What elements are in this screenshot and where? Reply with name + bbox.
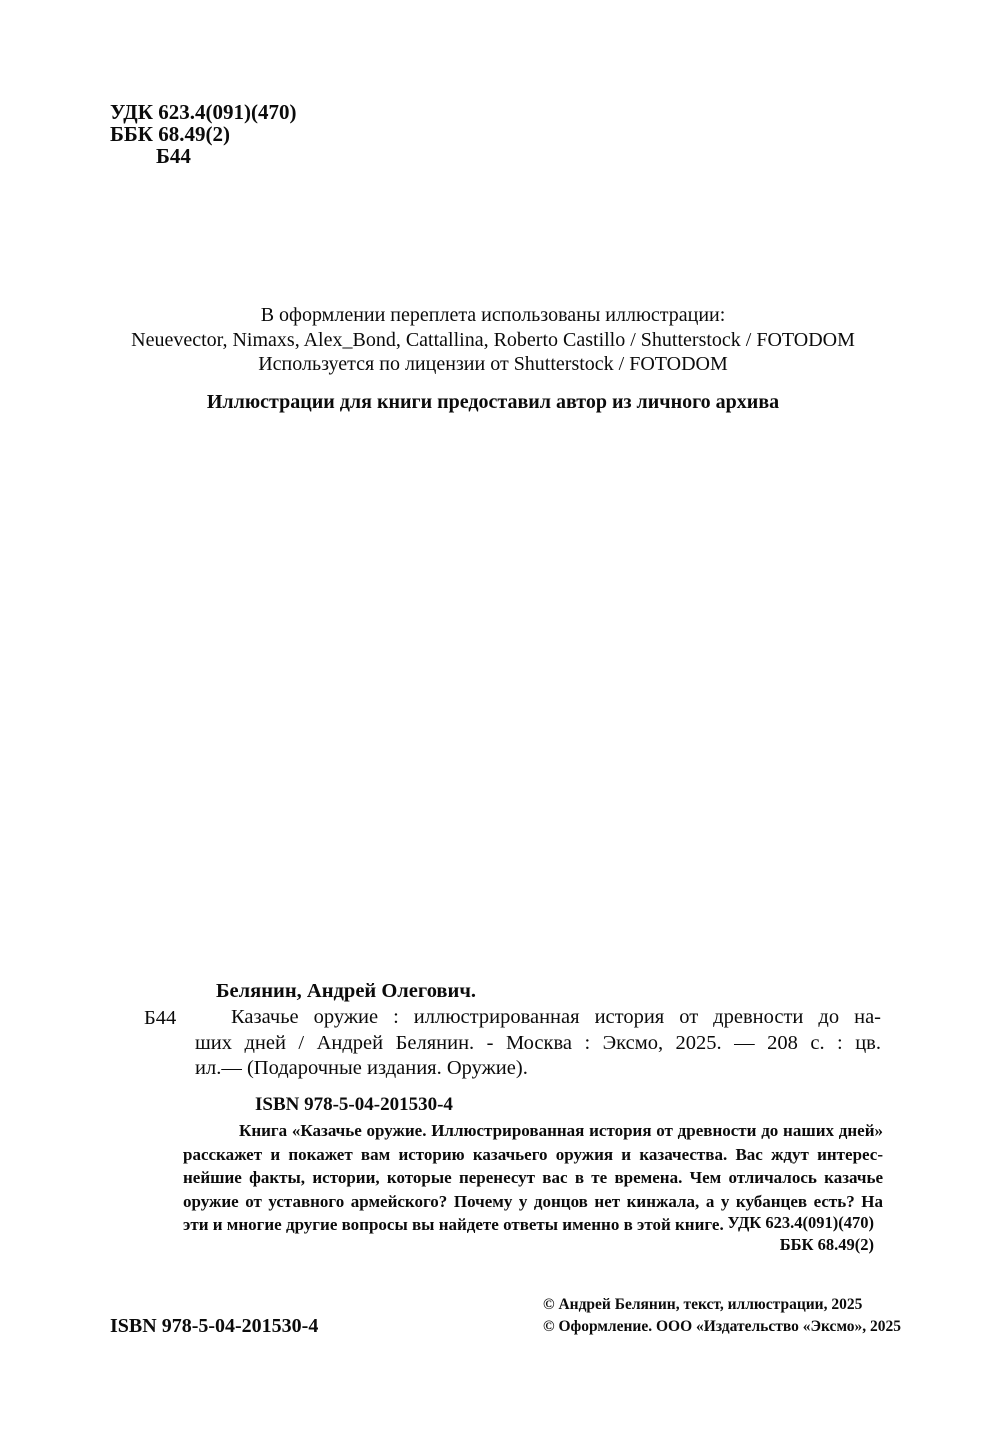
author-sign: Б44 [156,145,296,167]
catalog-entry-line: ших дней / Андрей Белянин. - Москва : Эк… [195,1031,881,1057]
footer-isbn: ISBN 978-5-04-201530-4 [110,1315,318,1338]
author-illustrations-credit: Иллюстрации для книги предоставил автор … [0,390,986,415]
cover-credits-line: Neuevector, Nimaxs, Alex_Bond, Cattallin… [0,328,986,353]
copyright-author-line: © Андрей Белянин, текст, иллюстрации, 20… [543,1294,901,1316]
udc-code-repeat: УДК 623.4(091)(470) [728,1212,875,1234]
annotation-line: нейшие факты, истории, которые перенесут… [183,1166,883,1190]
catalog-card: Б44 Белянин, Андрей Олегович. Казачье ор… [195,979,881,1118]
annotation-line: расскажет и покажет вам историю казачьег… [183,1143,883,1167]
cover-credits-block: В оформлении переплета использованы иллю… [0,303,986,414]
udc-code: УДК 623.4(091)(470) [110,101,296,123]
bbk-code: ББК 68.49(2) [110,123,296,145]
catalog-entry-line: Казачье оружие : иллюстрированная истори… [195,1005,881,1031]
catalog-author: Белянин, Андрей Олегович. [216,979,881,1005]
annotation-line: оружие от уставного армейского? Почему у… [183,1190,883,1214]
cover-credits-line: Используется по лицензии от Shutterstock… [0,352,986,377]
annotation-line: Книга «Казачье оружие. Иллюстрированная … [183,1119,883,1143]
top-classification-codes: УДК 623.4(091)(470) ББК 68.49(2) Б44 [110,101,296,167]
copyright-block: © Андрей Белянин, текст, иллюстрации, 20… [543,1294,901,1338]
cover-credits-line: В оформлении переплета использованы иллю… [0,303,986,328]
copyright-publisher-line: © Оформление. ООО «Издательство «Эксмо»,… [543,1316,901,1338]
catalog-entry-line: ил.— (Подарочные издания. Оружие). [195,1056,881,1082]
catalog-isbn: ISBN 978-5-04-201530-4 [255,1092,881,1118]
catalog-author-sign: Б44 [144,1006,176,1032]
bottom-classification-codes: УДК 623.4(091)(470) ББК 68.49(2) [728,1212,875,1255]
bbk-code-repeat: ББК 68.49(2) [728,1234,875,1256]
imprint-page: УДК 623.4(091)(470) ББК 68.49(2) Б44 В о… [0,0,986,1447]
